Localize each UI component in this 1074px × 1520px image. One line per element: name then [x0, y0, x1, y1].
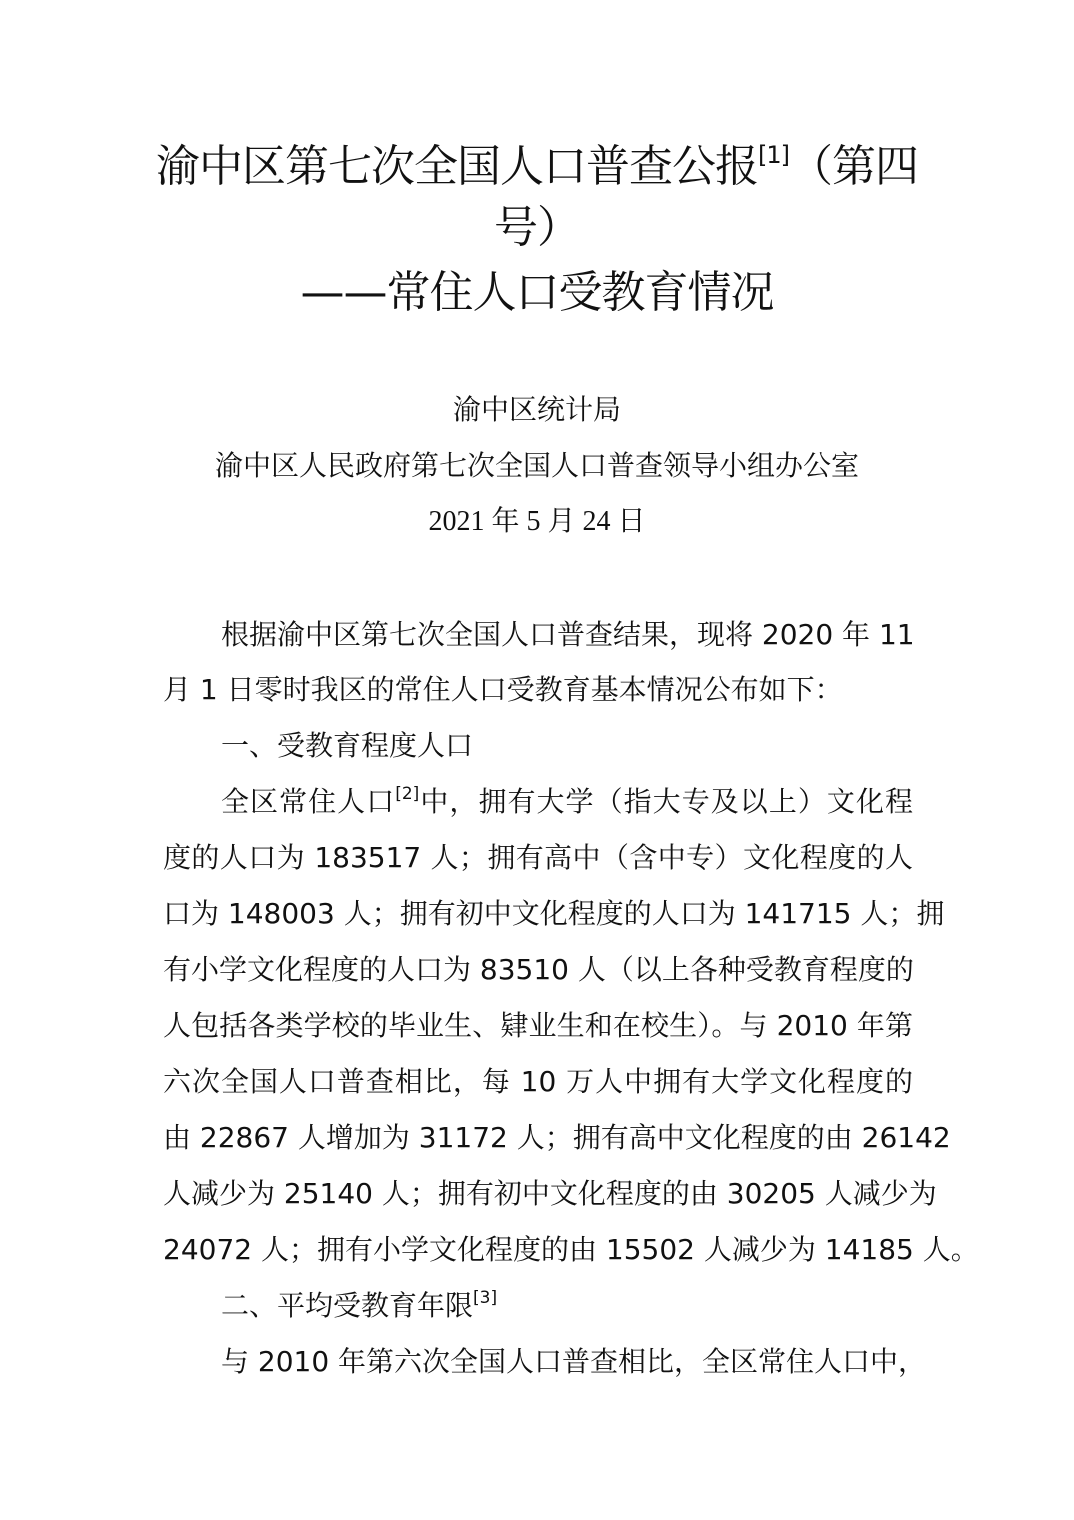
- publication-date: 2021 年 5 月 24 日: [0, 502, 1074, 542]
- section-1-line-2: 度的人口为 183517 人；拥有高中（含中专）文化程度的人: [163, 838, 913, 878]
- section-2-line-1: 与 2010 年第六次全国人口普查相比，全区常住人口中，: [221, 1342, 913, 1382]
- section-1-line-7: 由 22867 人增加为 31172 人；拥有高中文化程度的由 26142: [163, 1118, 913, 1158]
- document-title: 渝中区第七次全国人口普查公报: [156, 141, 758, 192]
- section-1-line-6: 六次全国人口普查相比，每 10 万人中拥有大学文化程度的: [163, 1062, 913, 1102]
- section-1-line-3: 口为 148003 人；拥有初中文化程度的人口为 141715 人；拥: [163, 894, 913, 934]
- section-1-line-5: 人包括各类学校的毕业生、肄业生和在校生）。与 2010 年第: [163, 1006, 913, 1046]
- issuer-statistics-bureau: 渝中区统计局: [0, 390, 1074, 430]
- footnote-ref-2[interactable]: [2]: [395, 784, 419, 804]
- footnote-ref-1[interactable]: [1]: [758, 141, 789, 169]
- document-title-line-1: 渝中区第七次全国人口普查公报[1]（第四: [0, 137, 1074, 197]
- document-title-line-2: 号）: [0, 198, 1074, 258]
- section-1-heading: 一、受教育程度人口: [221, 726, 473, 766]
- section-2-heading: 二、平均受教育年限[3]: [221, 1286, 497, 1326]
- issuer-census-office: 渝中区人民政府第七次全国人口普查领导小组办公室: [0, 446, 1074, 486]
- document-title-number: （第四: [789, 141, 918, 192]
- document-subtitle: ——常住人口受教育情况: [0, 263, 1074, 323]
- section-1-line-9: 24072 人；拥有小学文化程度的由 15502 人减少为 14185 人。: [163, 1230, 913, 1270]
- section-1-line-1: 全区常住人口[2]中，拥有大学（指大专及以上）文化程: [221, 782, 913, 822]
- intro-line-2: 月 1 日零时我区的常住人口受教育基本情况公布如下：: [163, 670, 843, 710]
- footnote-ref-3[interactable]: [3]: [473, 1288, 497, 1308]
- section-1-line-8: 人减少为 25140 人；拥有初中文化程度的由 30205 人减少为: [163, 1174, 913, 1214]
- section-1-line-4: 有小学文化程度的人口为 83510 人（以上各种受教育程度的: [163, 950, 913, 990]
- intro-line-1: 根据渝中区第七次全国人口普查结果，现将 2020 年 11: [221, 615, 913, 655]
